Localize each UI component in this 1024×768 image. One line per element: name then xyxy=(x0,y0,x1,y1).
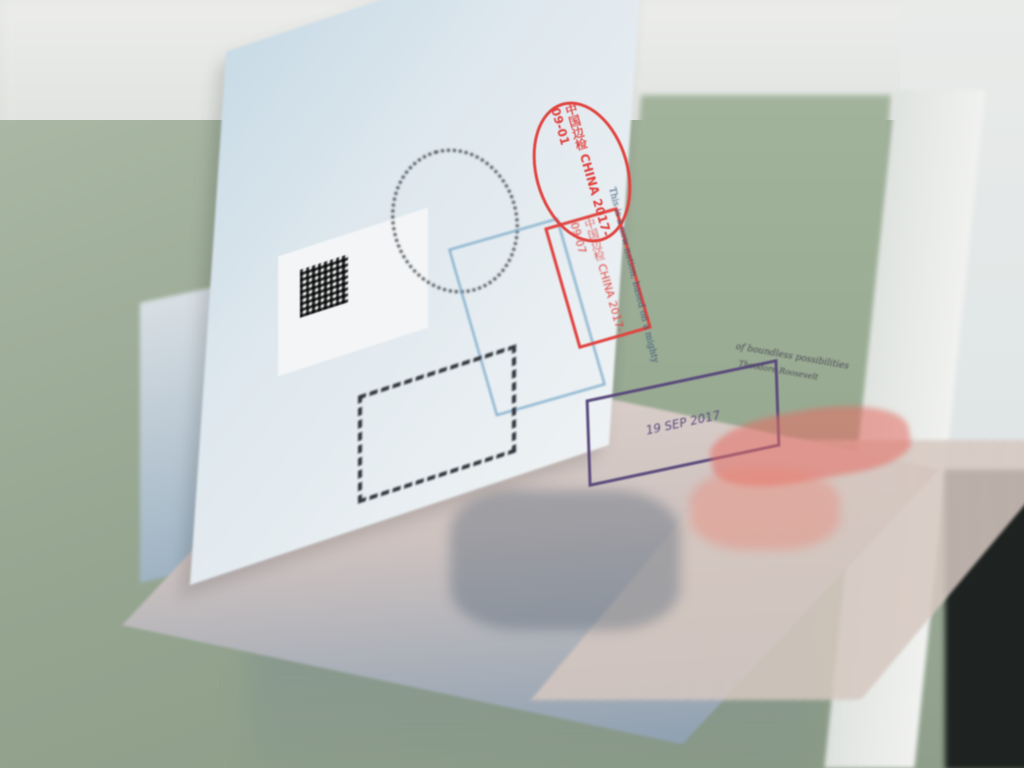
photo-scene: 中国边检 CHINA 2017-09-01 中国边检 CHINA 2017-09… xyxy=(0,0,1024,768)
